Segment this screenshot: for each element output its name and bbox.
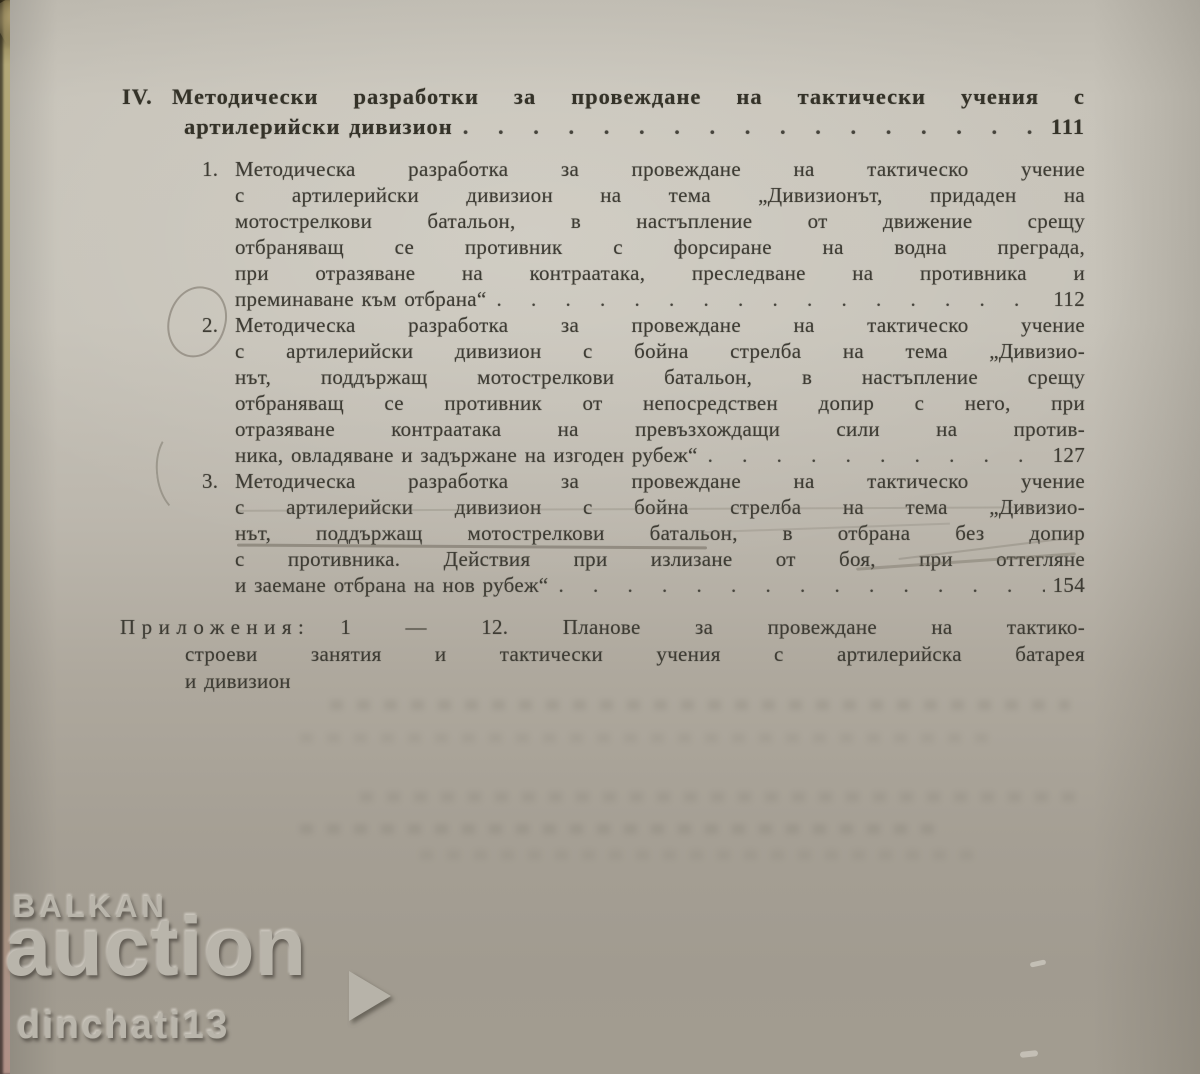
toc-items: 1. Методическа разработка за провеждане … <box>120 156 1085 598</box>
page-number: 127 <box>1049 442 1085 468</box>
dot-leader: . . . . . . . . . . . . . . . . . . . . … <box>558 572 1045 598</box>
toc-line: нът, поддържащ мотострелкови батальон, в… <box>235 520 1085 546</box>
toc-line-text: преминаване към отбрана“ <box>235 286 487 312</box>
page-number: 112 <box>1049 286 1085 312</box>
appendix-note: Приложения: 1 — 12. Планове за провеждан… <box>120 614 1085 695</box>
toc-line: при отразяване на контраатака, преследва… <box>235 260 1085 286</box>
toc-line: отбраняващ се противник с форсиране на в… <box>235 234 1085 260</box>
toc-heading-line2: артилерийски дивизион . . . . . . . . . … <box>120 112 1085 142</box>
toc-heading-text: Методически разработки за провеждане на … <box>172 84 1085 109</box>
toc-item-number: 1. <box>202 156 218 182</box>
toc-item-2: 2. Методическа разработка за провеждане … <box>120 312 1085 468</box>
toc-line: отбраняващ се противник от непосредствен… <box>235 390 1085 416</box>
showthrough-text-row <box>300 733 1000 743</box>
appendix-line2: строеви занятия и тактически учения с ар… <box>120 641 1085 668</box>
dot-leader: . . . . . . . . . . . . . . . . . . . . … <box>497 286 1046 312</box>
showthrough-text-row <box>420 850 980 860</box>
showthrough-text-row <box>330 700 1070 710</box>
appendix-text: 1 — 12. Планове за провеждане на тактико… <box>340 614 1085 641</box>
toc-line: мотострелкови батальон, в настъпление от… <box>235 208 1085 234</box>
appendix-label: Приложения: <box>120 614 310 641</box>
toc-heading: IV. Методически разработки за провеждане… <box>120 82 1085 142</box>
appendix-line3: и дивизион <box>120 668 1085 695</box>
toc-line: с противника. Действия при излизане от б… <box>235 546 1085 572</box>
toc-line-last: и заемане отбрана на нов рубеж“ . . . . … <box>235 572 1085 598</box>
dot-leader: . . . . . . . . . . . . . . . . . . . . … <box>708 442 1045 468</box>
toc-line: Методическа разработка за провеждане на … <box>235 156 1085 182</box>
appendix-line1: Приложения: 1 — 12. Планове за провеждан… <box>120 614 1085 641</box>
toc-heading-number: IV. <box>122 82 153 112</box>
toc-line: с артилерийски дивизион с бойна стрелба … <box>235 494 1085 520</box>
toc-line: Методическа разработка за провеждане на … <box>235 312 1085 338</box>
toc-line: нът, поддържащ мотострелкови батальон, в… <box>235 364 1085 390</box>
page-number: 154 <box>1049 572 1085 598</box>
toc-item-number: 3. <box>202 468 218 494</box>
page-number: 111 <box>1049 112 1085 142</box>
showthrough-text-row <box>300 824 940 834</box>
toc-line-last: преминаване към отбрана“ . . . . . . . .… <box>235 286 1085 312</box>
toc-line-last: ника, овладяване и задържане на изгоден … <box>235 442 1085 468</box>
dot-leader: . . . . . . . . . . . . . . . . . . . . … <box>463 112 1045 142</box>
toc-line-text: и заемане отбрана на нов рубеж“ <box>235 572 548 598</box>
toc-item-3: 3. Методическа разработка за провеждане … <box>120 468 1085 598</box>
toc-item-number: 2. <box>202 312 218 338</box>
table-of-contents: IV. Методически разработки за провеждане… <box>120 82 1085 695</box>
toc-line: с артилерийски дивизион на тема „Дивизио… <box>235 182 1085 208</box>
toc-item-1: 1. Методическа разработка за провеждане … <box>120 156 1085 312</box>
book-page-photo: IV. Методически разработки за провеждане… <box>0 0 1200 1074</box>
toc-line: Методическа разработка за провеждане на … <box>235 468 1085 494</box>
toc-line: отразяване контраатака на превъзхождащи … <box>235 416 1085 442</box>
showthrough-text-row <box>360 792 1080 802</box>
toc-line-text: ника, овладяване и задържане на изгоден … <box>235 442 698 468</box>
toc-line: с артилерийски дивизион с бойна стрелба … <box>235 338 1085 364</box>
toc-heading-text2: артилерийски дивизион <box>184 112 453 142</box>
toc-heading-line1: IV. Методически разработки за провеждане… <box>120 82 1085 112</box>
